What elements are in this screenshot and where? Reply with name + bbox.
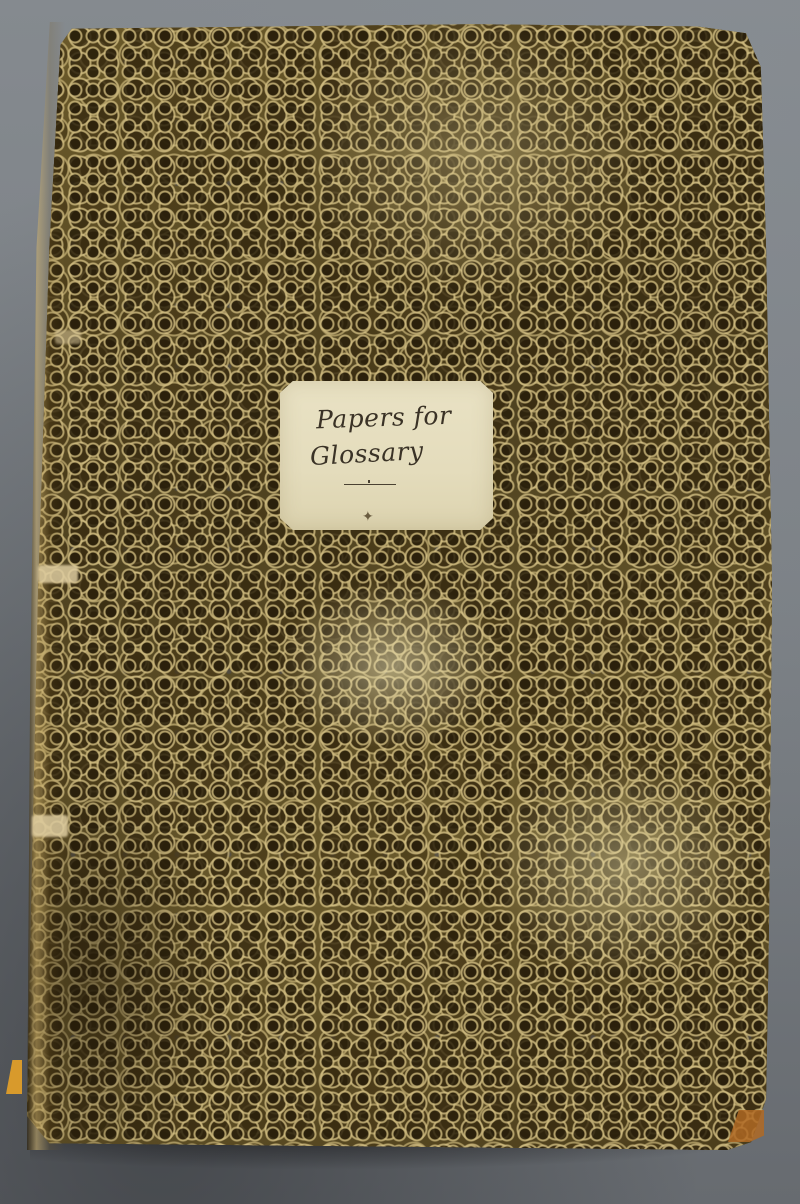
spine-wear-upper: [55, 330, 81, 344]
cover-label: Papers for Glossary ✦: [280, 381, 493, 530]
orange-tab: [6, 1060, 22, 1094]
label-underline: [344, 484, 396, 485]
spine-wear-bottom: [32, 815, 68, 837]
label-mark: ✦: [362, 509, 374, 525]
label-line-2: Glossary: [309, 436, 424, 471]
spine-wear-top: [38, 565, 78, 583]
label-dot: [368, 480, 370, 483]
marbled-book-cover: [27, 22, 772, 1150]
label-line-1: Papers for: [316, 401, 452, 435]
